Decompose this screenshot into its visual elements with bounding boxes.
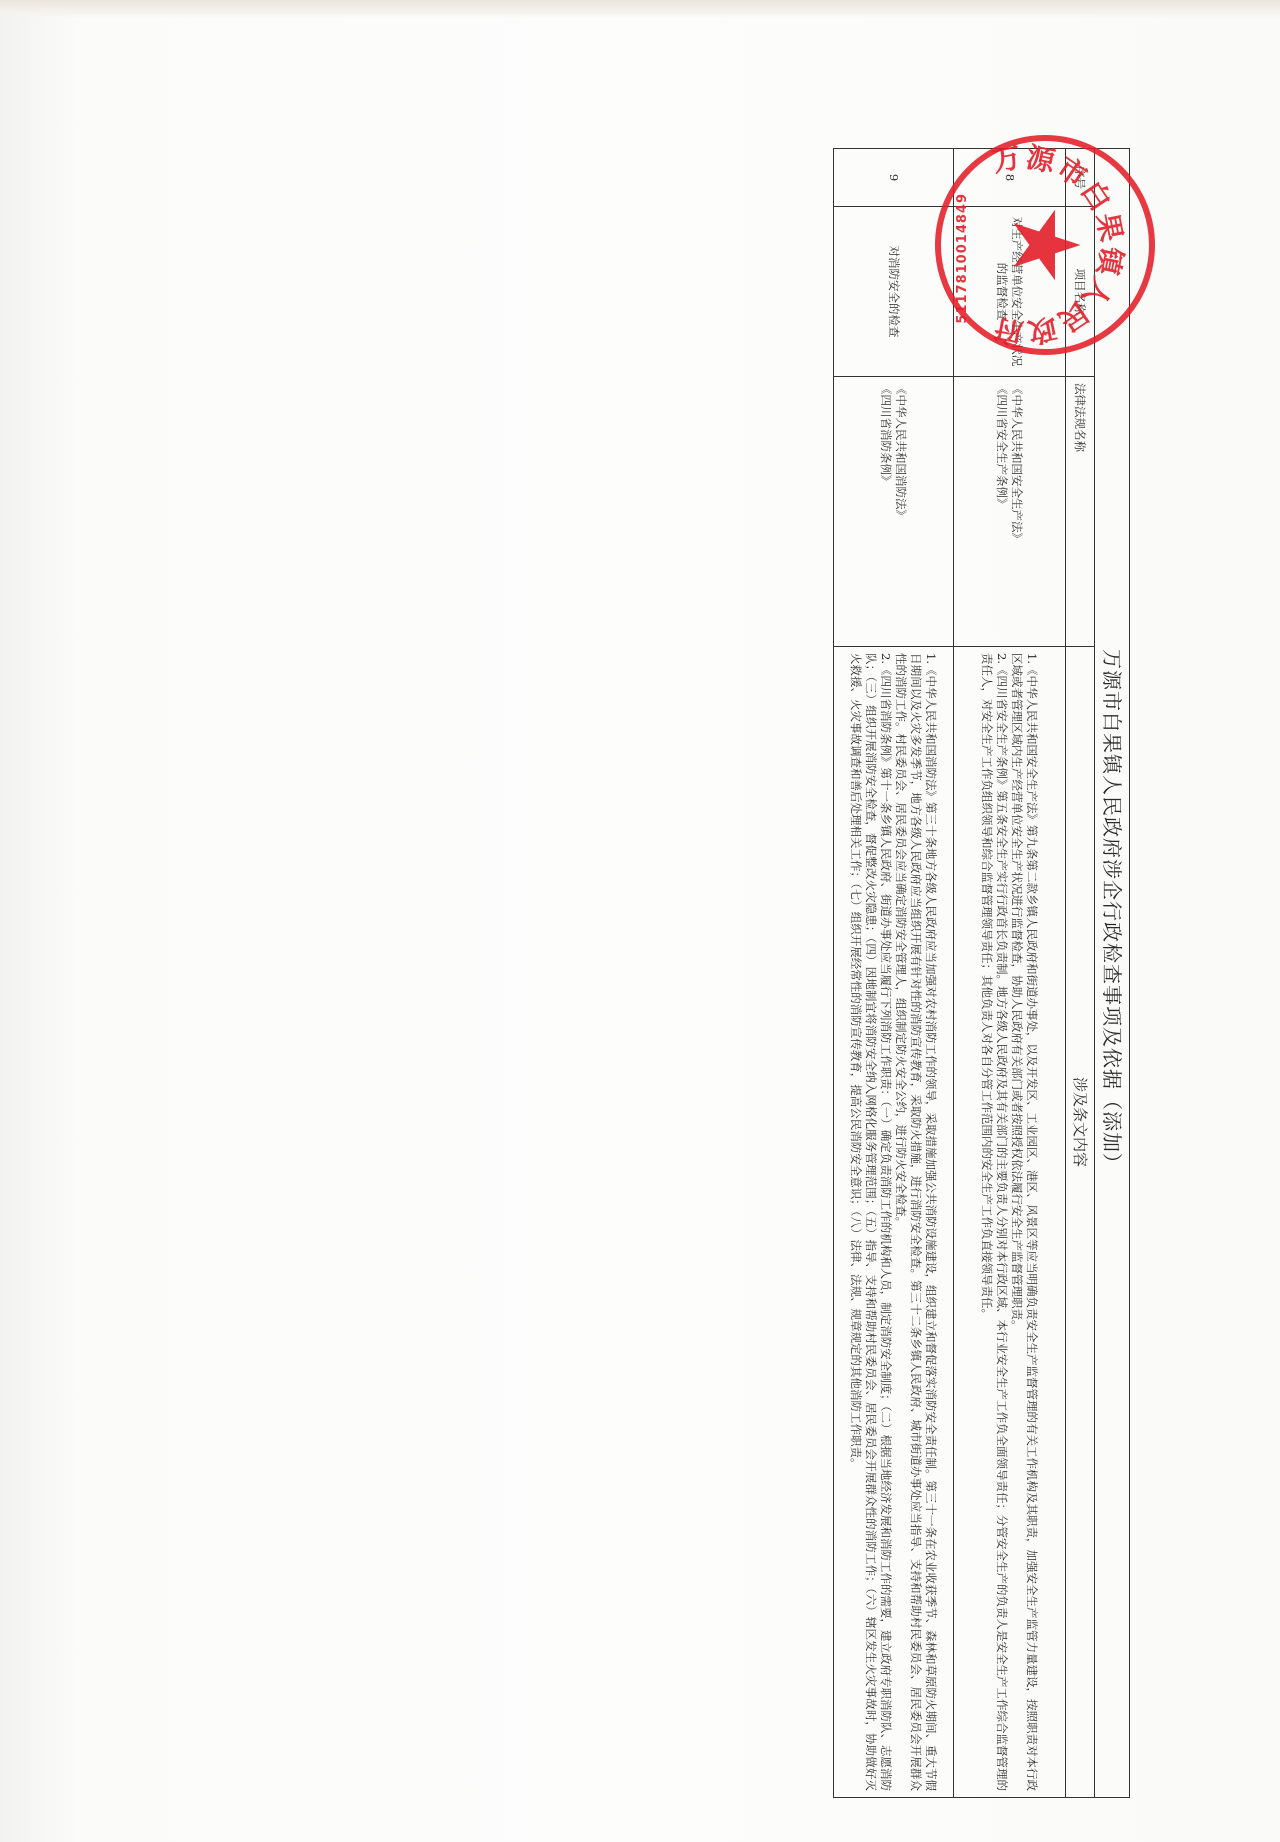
content-paragraph: 1.《中华人民共和国消防法》第三十条地方各级人民政府应当加强对农村消防工作的领导… [894,653,939,1791]
inspection-table-sheet: 万源市白果镇人民政府涉企行政检查事项及依据（添加） 序号 项目名称 法律法规名称… [830,148,1130,1798]
row-content: 1.《中华人民共和国消防法》第三十条地方各级人民政府应当加强对农村消防工作的领导… [834,647,954,1798]
content-paragraph: 2.《四川省消防条例》第十一条乡镇人民政府、街道办事处应当履行下列消防工作职责：… [849,653,894,1791]
row-content: 1.《中华人民共和国安全生产法》第九条第二款乡镇人民政府和街道办事处，以及开发区… [954,647,1066,1798]
header-item: 项目名称 [1066,207,1095,377]
header-content: 涉及条文内容 [1066,647,1095,1798]
content-paragraph: 2.《四川省安全生产条例》第五条安全生产实行行政首长负责制。地方各级人民政府及其… [980,653,1010,1791]
row-laws: 《中华人民共和国安全生产法》 《四川省安全生产条例》 [954,377,1066,647]
inspection-items-table: 序号 项目名称 法律法规名称 涉及条文内容 8 对生产经营单位安全生产状况的监督… [833,148,1095,1798]
row-item: 对消防安全的检查 [834,207,954,377]
row-laws: 《中华人民共和国消防法》 《四川省消防条例》 [834,377,954,647]
header-laws: 法律法规名称 [1066,377,1095,647]
scan-top-edge [0,0,1280,18]
row-item: 对生产经营单位安全生产状况的监督检查 [954,207,1066,377]
row-no: 9 [834,149,954,207]
header-no: 序号 [1066,149,1095,207]
table-header-row: 序号 项目名称 法律法规名称 涉及条文内容 [1066,149,1095,1798]
content-paragraph: 1.《中华人民共和国安全生产法》第九条第二款乡镇人民政府和街道办事处，以及开发区… [1010,653,1040,1791]
document-title: 万源市白果镇人民政府涉企行政检查事项及依据（添加） [1095,148,1130,1798]
law-name: 《四川省消防条例》 [879,383,894,640]
law-name: 《中华人民共和国安全生产法》 [1010,383,1025,640]
row-no: 8 [954,149,1066,207]
table-row: 9 对消防安全的检查 《中华人民共和国消防法》 《四川省消防条例》 1.《中华人… [834,149,954,1798]
law-name: 《四川省安全生产条例》 [995,383,1010,640]
law-name: 《中华人民共和国消防法》 [894,383,909,640]
table-row: 8 对生产经营单位安全生产状况的监督检查 《中华人民共和国安全生产法》 《四川省… [954,149,1066,1798]
